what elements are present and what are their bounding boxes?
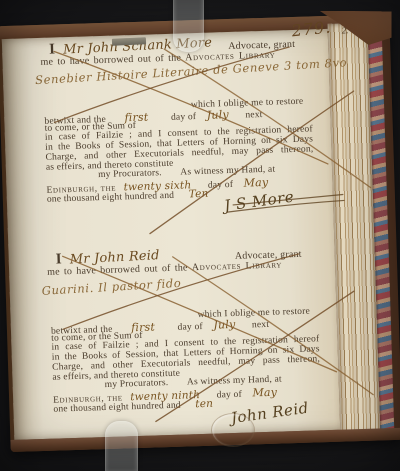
advocates-library-label: Advocates Library bbox=[192, 259, 282, 273]
return-month-handwritten: July bbox=[213, 318, 235, 332]
year-prefix-label: one thousand eight hundred and bbox=[47, 191, 175, 205]
signed-month-handwritten: May bbox=[243, 176, 268, 190]
register-page: I Mr John Schank More Advocate, grant me… bbox=[2, 29, 340, 440]
day-of-label: day of bbox=[217, 390, 243, 401]
page-number: 279. bbox=[291, 17, 332, 40]
procurators-label: my Procurators. bbox=[105, 378, 169, 390]
borrowing-entry-2: I Mr John Reid Advocate, grant me to hav… bbox=[9, 245, 335, 255]
borrowing-entry-1: I Mr John Schank More Advocate, grant me… bbox=[2, 35, 328, 45]
binding-clasp-fragment bbox=[112, 37, 146, 45]
transparent-page-holder-bottom bbox=[105, 421, 138, 471]
signed-month-handwritten: May bbox=[252, 386, 277, 400]
book-volume: I Mr John Schank More Advocate, grant me… bbox=[0, 14, 400, 452]
transparent-page-holder-top bbox=[173, 0, 204, 52]
day-of-label: day of bbox=[177, 322, 203, 333]
signature-handwritten: J S More bbox=[223, 187, 295, 214]
printed-initial: I bbox=[49, 43, 55, 55]
signed-year-handwritten: ten bbox=[195, 398, 213, 411]
book-title-handwritten: Guarini. Il pastor fido bbox=[41, 276, 181, 298]
next-label: next bbox=[245, 110, 262, 121]
signed-year-handwritten: Ten bbox=[189, 188, 209, 201]
next-leaf-page-number-fragment: 2. bbox=[342, 25, 349, 35]
day-of-label: day of bbox=[171, 112, 197, 123]
photograph-of-borrowing-register: I Mr John Schank More Advocate, grant me… bbox=[0, 0, 400, 471]
printed-initial: I bbox=[56, 253, 62, 265]
year-prefix-label: one thousand eight hundred and bbox=[53, 401, 181, 415]
return-month-handwritten: July bbox=[207, 108, 229, 122]
day-of-label: day of bbox=[208, 180, 234, 191]
next-label: next bbox=[252, 320, 269, 331]
embossed-library-stamp bbox=[211, 413, 255, 447]
procurators-label: my Procurators. bbox=[98, 168, 162, 180]
